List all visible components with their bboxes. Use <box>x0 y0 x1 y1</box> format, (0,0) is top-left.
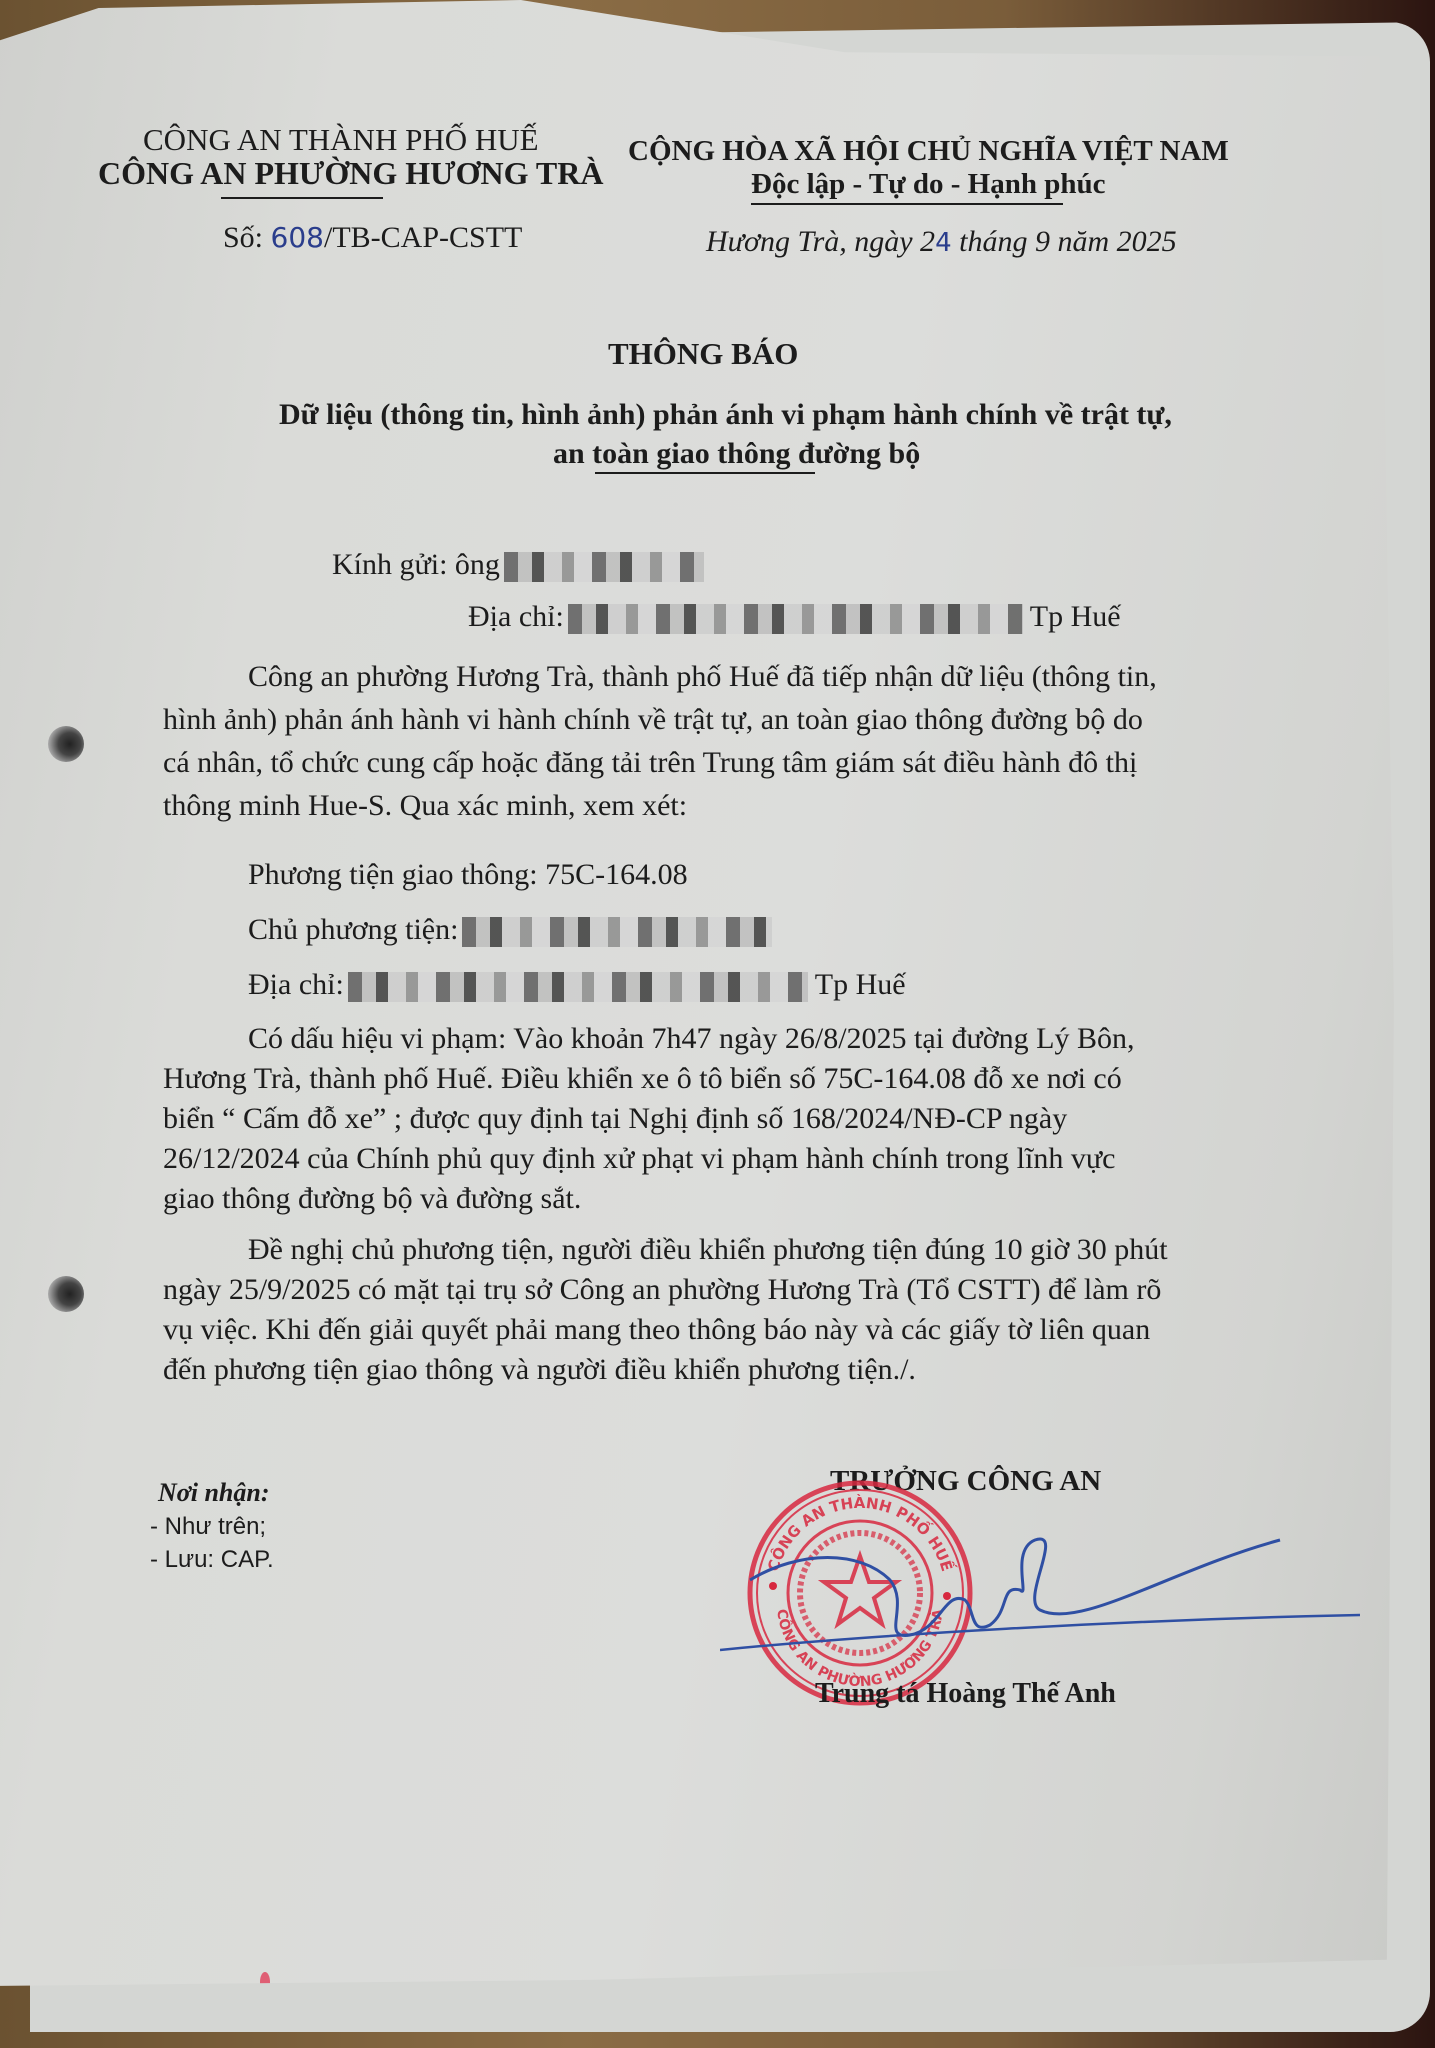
date-prefix: Hương Trà, ngày 2 <box>706 225 935 258</box>
paragraph-line: đến phương tiện giao thông và người điều… <box>163 1353 916 1387</box>
punch-hole-icon <box>48 726 84 762</box>
owner-label: Chủ phương tiện: <box>248 913 458 946</box>
paragraph-line: hình ảnh) phản ánh hành vi hành chính về… <box>163 703 1143 737</box>
redacted-owner <box>462 917 772 947</box>
recipient-line: Kính gửi: ông <box>332 548 704 582</box>
document-subtitle-line1: Dữ liệu (thông tin, hình ảnh) phản ánh v… <box>279 398 1172 432</box>
number-label: Số: <box>223 221 263 254</box>
recipient-item: - Như trên; <box>150 1513 266 1541</box>
paragraph-line: 26/12/2024 của Chính phủ quy định xử phạ… <box>163 1142 1115 1176</box>
paragraph-line: Đề nghị chủ phương tiện, người điều khiể… <box>248 1233 1168 1267</box>
date-suffix: tháng 9 năm 2025 <box>952 225 1177 258</box>
recipient-item: - Lưu: CAP. <box>150 1546 274 1574</box>
number-handwritten: 608 <box>271 221 324 254</box>
subtitle-underline <box>595 472 815 474</box>
recipients-heading: Nơi nhận: <box>158 1478 270 1508</box>
paragraph-line: biển “ Cấm đỗ xe” ; được quy định tại Ng… <box>163 1102 1067 1136</box>
paragraph-line: ngày 25/9/2025 có mặt tại trụ sở Công an… <box>163 1273 1161 1307</box>
document-page: CÔNG AN THÀNH PHỐ HUẾ CÔNG AN PHƯỜNG HƯƠ… <box>0 0 1408 2010</box>
paragraph-line: Có dấu hiệu vi phạm: Vào khoản 7h47 ngày… <box>248 1022 1134 1056</box>
owner-address-label: Địa chỉ: <box>248 968 344 1001</box>
unit-underline <box>221 197 383 199</box>
redacted-address <box>568 604 1023 634</box>
owner-line: Chủ phương tiện: <box>248 913 772 947</box>
document-date: Hương Trà, ngày 24 tháng 9 năm 2025 <box>706 225 1177 259</box>
punch-hole-icon <box>48 1276 84 1312</box>
document-subtitle-line2: an toàn giao thông đường bộ <box>553 437 920 471</box>
address-city: Tp Huế <box>1030 600 1121 633</box>
date-handwritten: 4 <box>935 228 952 258</box>
unit-name: CÔNG AN PHƯỜNG HƯƠNG TRÀ <box>98 155 603 192</box>
recipient-address-line: Địa chỉ: Tp Huế <box>468 600 1121 634</box>
greeting-label: Kính gửi: ông <box>332 548 500 581</box>
paragraph-line: Hương Trà, thành phố Huế. Điều khiển xe … <box>163 1062 1122 1096</box>
paragraph-line: Công an phường Hương Trà, thành phố Huế … <box>248 660 1157 694</box>
paragraph-line: giao thông đường bộ và đường sắt. <box>163 1182 581 1216</box>
owner-address-line: Địa chỉ: Tp Huế <box>248 968 906 1002</box>
motto-underline <box>751 203 1063 205</box>
redacted-name <box>504 552 704 582</box>
signer-name: Trung tá Hoàng Thế Anh <box>815 1678 1116 1710</box>
owner-address-city: Tp Huế <box>815 968 906 1001</box>
redacted-owner-address <box>348 972 808 1002</box>
agency-name: CÔNG AN THÀNH PHỐ HUẾ <box>143 122 539 158</box>
vehicle-plate: Phương tiện giao thông: 75C-164.08 <box>248 858 688 892</box>
paragraph-line: thông minh Hue-S. Qua xác minh, xem xét: <box>163 789 687 823</box>
address-label: Địa chỉ: <box>468 600 564 633</box>
document-number: Số: 608/TB-CAP-CSTT <box>223 221 522 255</box>
paragraph-line: vụ việc. Khi đến giải quyết phải mang th… <box>163 1313 1150 1347</box>
motto: Độc lập - Tự do - Hạnh phúc <box>751 168 1106 201</box>
country-name: CỘNG HÒA XÃ HỘI CHỦ NGHĨA VIỆT NAM <box>628 135 1229 168</box>
paragraph-line: cá nhân, tổ chức cung cấp hoặc đăng tải … <box>163 746 1137 780</box>
number-suffix: /TB-CAP-CSTT <box>324 221 522 254</box>
document-title: THÔNG BÁO <box>608 336 798 372</box>
